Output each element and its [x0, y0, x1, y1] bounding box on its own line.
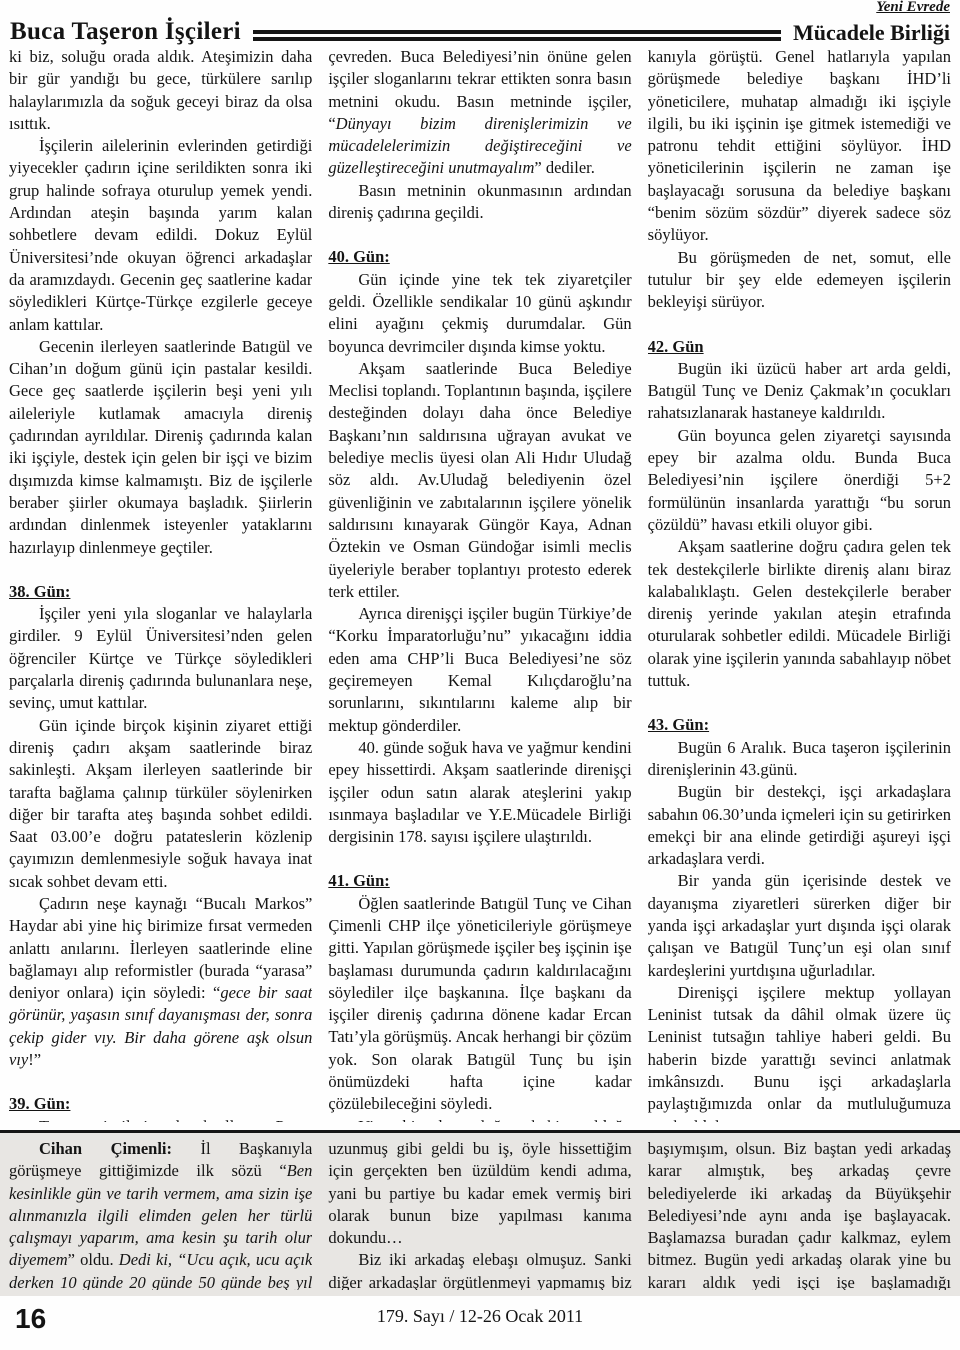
paragraph: Yine bir durgunluğun hakim olduğu eylem … — [328, 1116, 631, 1122]
masthead-org-name: Mücadele Birliği — [793, 22, 950, 44]
text-run: ” oldu. — [68, 1250, 119, 1269]
interview-column-3: başıymışım, olsun. Biz baştan yedi arkad… — [648, 1138, 951, 1290]
paragraph: kanıyla görüştü. Genel hatlarıyla yapıla… — [648, 46, 951, 247]
interview-column-1: Cihan Çimenli: İl Başkanıyla görüşmeye g… — [9, 1138, 312, 1290]
paragraph: başıymışım, olsun. Biz baştan yedi arkad… — [648, 1138, 951, 1290]
paragraph: Akşam saatlerine doğru çadıra gelen tek … — [648, 536, 951, 692]
text-run: Cihan Çimenli: — [39, 1139, 172, 1158]
article-column-3: kanıyla görüştü. Genel hatlarıyla yapıla… — [648, 46, 951, 1122]
paragraph: çevreden. Buca Belediyesi’nin önüne gele… — [328, 46, 631, 180]
day-heading: 40. Gün: — [328, 246, 631, 268]
paragraph: Bugün 6 Aralık. Buca taşeron işçilerinin… — [648, 737, 951, 782]
paragraph: uzunmuş gibi geldi bu iş, öyle hissettiğ… — [328, 1138, 631, 1249]
text-run: !” — [28, 1050, 41, 1069]
paragraph: Öğlen saatlerinde Batıgül Tunç ve Cihan … — [328, 893, 631, 1116]
masthead-newspaper-name: Yeni Evrede — [793, 0, 950, 15]
day-heading: 38. Gün: — [9, 581, 312, 603]
day-heading: 39. Gün: — [9, 1093, 312, 1115]
paragraph: Taşeron işçileri gelenekselleşen Pazar e… — [9, 1116, 312, 1122]
page-footer: 16 179. Sayı / 12-26 Ocak 2011 — [0, 1296, 960, 1348]
paragraph: Gün içinde birçok kişinin ziyaret ettiği… — [9, 715, 312, 893]
page-title: Buca Taşeron İşçileri — [10, 19, 241, 44]
page-number: 16 — [15, 1305, 46, 1333]
paragraph: Bugün bir destekçi, işçi arkadaşlara sab… — [648, 781, 951, 870]
paragraph: Bugün iki üzücü haber art arda geldi, Ba… — [648, 358, 951, 425]
paragraph: Akşam saatlerinde Buca Belediye Meclisi … — [328, 358, 631, 603]
article-column-1: ki biz, soluğu orada aldık. Ateşimizin d… — [9, 46, 312, 1122]
paragraph: İşçiler yeni yıla sloganlar ve halaylarl… — [9, 603, 312, 714]
paragraph: Ayrıca direnişçi işçiler bugün Türkiye’d… — [328, 603, 631, 737]
day-heading: 42. Gün — [648, 336, 951, 358]
article-body: ki biz, soluğu orada aldık. Ateşimizin d… — [0, 44, 960, 1122]
paragraph: Gecenin ilerleyen saatlerinde Batıgül ve… — [9, 336, 312, 559]
paragraph: Bir yanda gün içerisinde destek ve dayan… — [648, 870, 951, 981]
paragraph: Basın metninin okunmasının ardından dire… — [328, 180, 631, 225]
header-double-rule — [253, 30, 781, 41]
interview-box: Cihan Çimenli: İl Başkanıyla görüşmeye g… — [0, 1130, 960, 1296]
day-heading: 43. Gün: — [648, 714, 951, 736]
paragraph: İşçilerin ailelerinin evlerinden getirdi… — [9, 135, 312, 336]
paragraph: Çadırın neşe kaynağı “Bucalı Markos” Hay… — [9, 893, 312, 1071]
paragraph: Gün içinde yine tek tek ziyaretçiler gel… — [328, 269, 631, 358]
text-run: ” dediler. — [534, 158, 594, 177]
masthead: Yeni Evrede Mücadele Birliği — [793, 0, 950, 44]
day-heading: 41. Gün: — [328, 870, 631, 892]
paragraph: 40. günde soğuk hava ve yağmur kendini e… — [328, 737, 631, 848]
paragraph: Biz iki arkadaş elebaşı olmuşuz. Sanki d… — [328, 1249, 631, 1290]
paragraph: Gün boyunca gelen ziyaretçi sayısında ep… — [648, 425, 951, 536]
article-column-2: çevreden. Buca Belediyesi’nin önüne gele… — [328, 46, 631, 1122]
paragraph: Bu görüşmeden de net, somut, elle tutulu… — [648, 247, 951, 314]
issue-info: 179. Sayı / 12-26 Ocak 2011 — [0, 1296, 960, 1327]
paragraph: ki biz, soluğu orada aldık. Ateşimizin d… — [9, 46, 312, 135]
page-header: Buca Taşeron İşçileri Yeni Evrede Mücade… — [0, 0, 960, 44]
paragraph: Direnişçi işçilere mektup yollayan Lenin… — [648, 982, 951, 1122]
interview-column-2: uzunmuş gibi geldi bu iş, öyle hissettiğ… — [328, 1138, 631, 1290]
newspaper-page: Buca Taşeron İşçileri Yeni Evrede Mücade… — [0, 0, 960, 1350]
paragraph: Cihan Çimenli: İl Başkanıyla görüşmeye g… — [9, 1138, 312, 1290]
